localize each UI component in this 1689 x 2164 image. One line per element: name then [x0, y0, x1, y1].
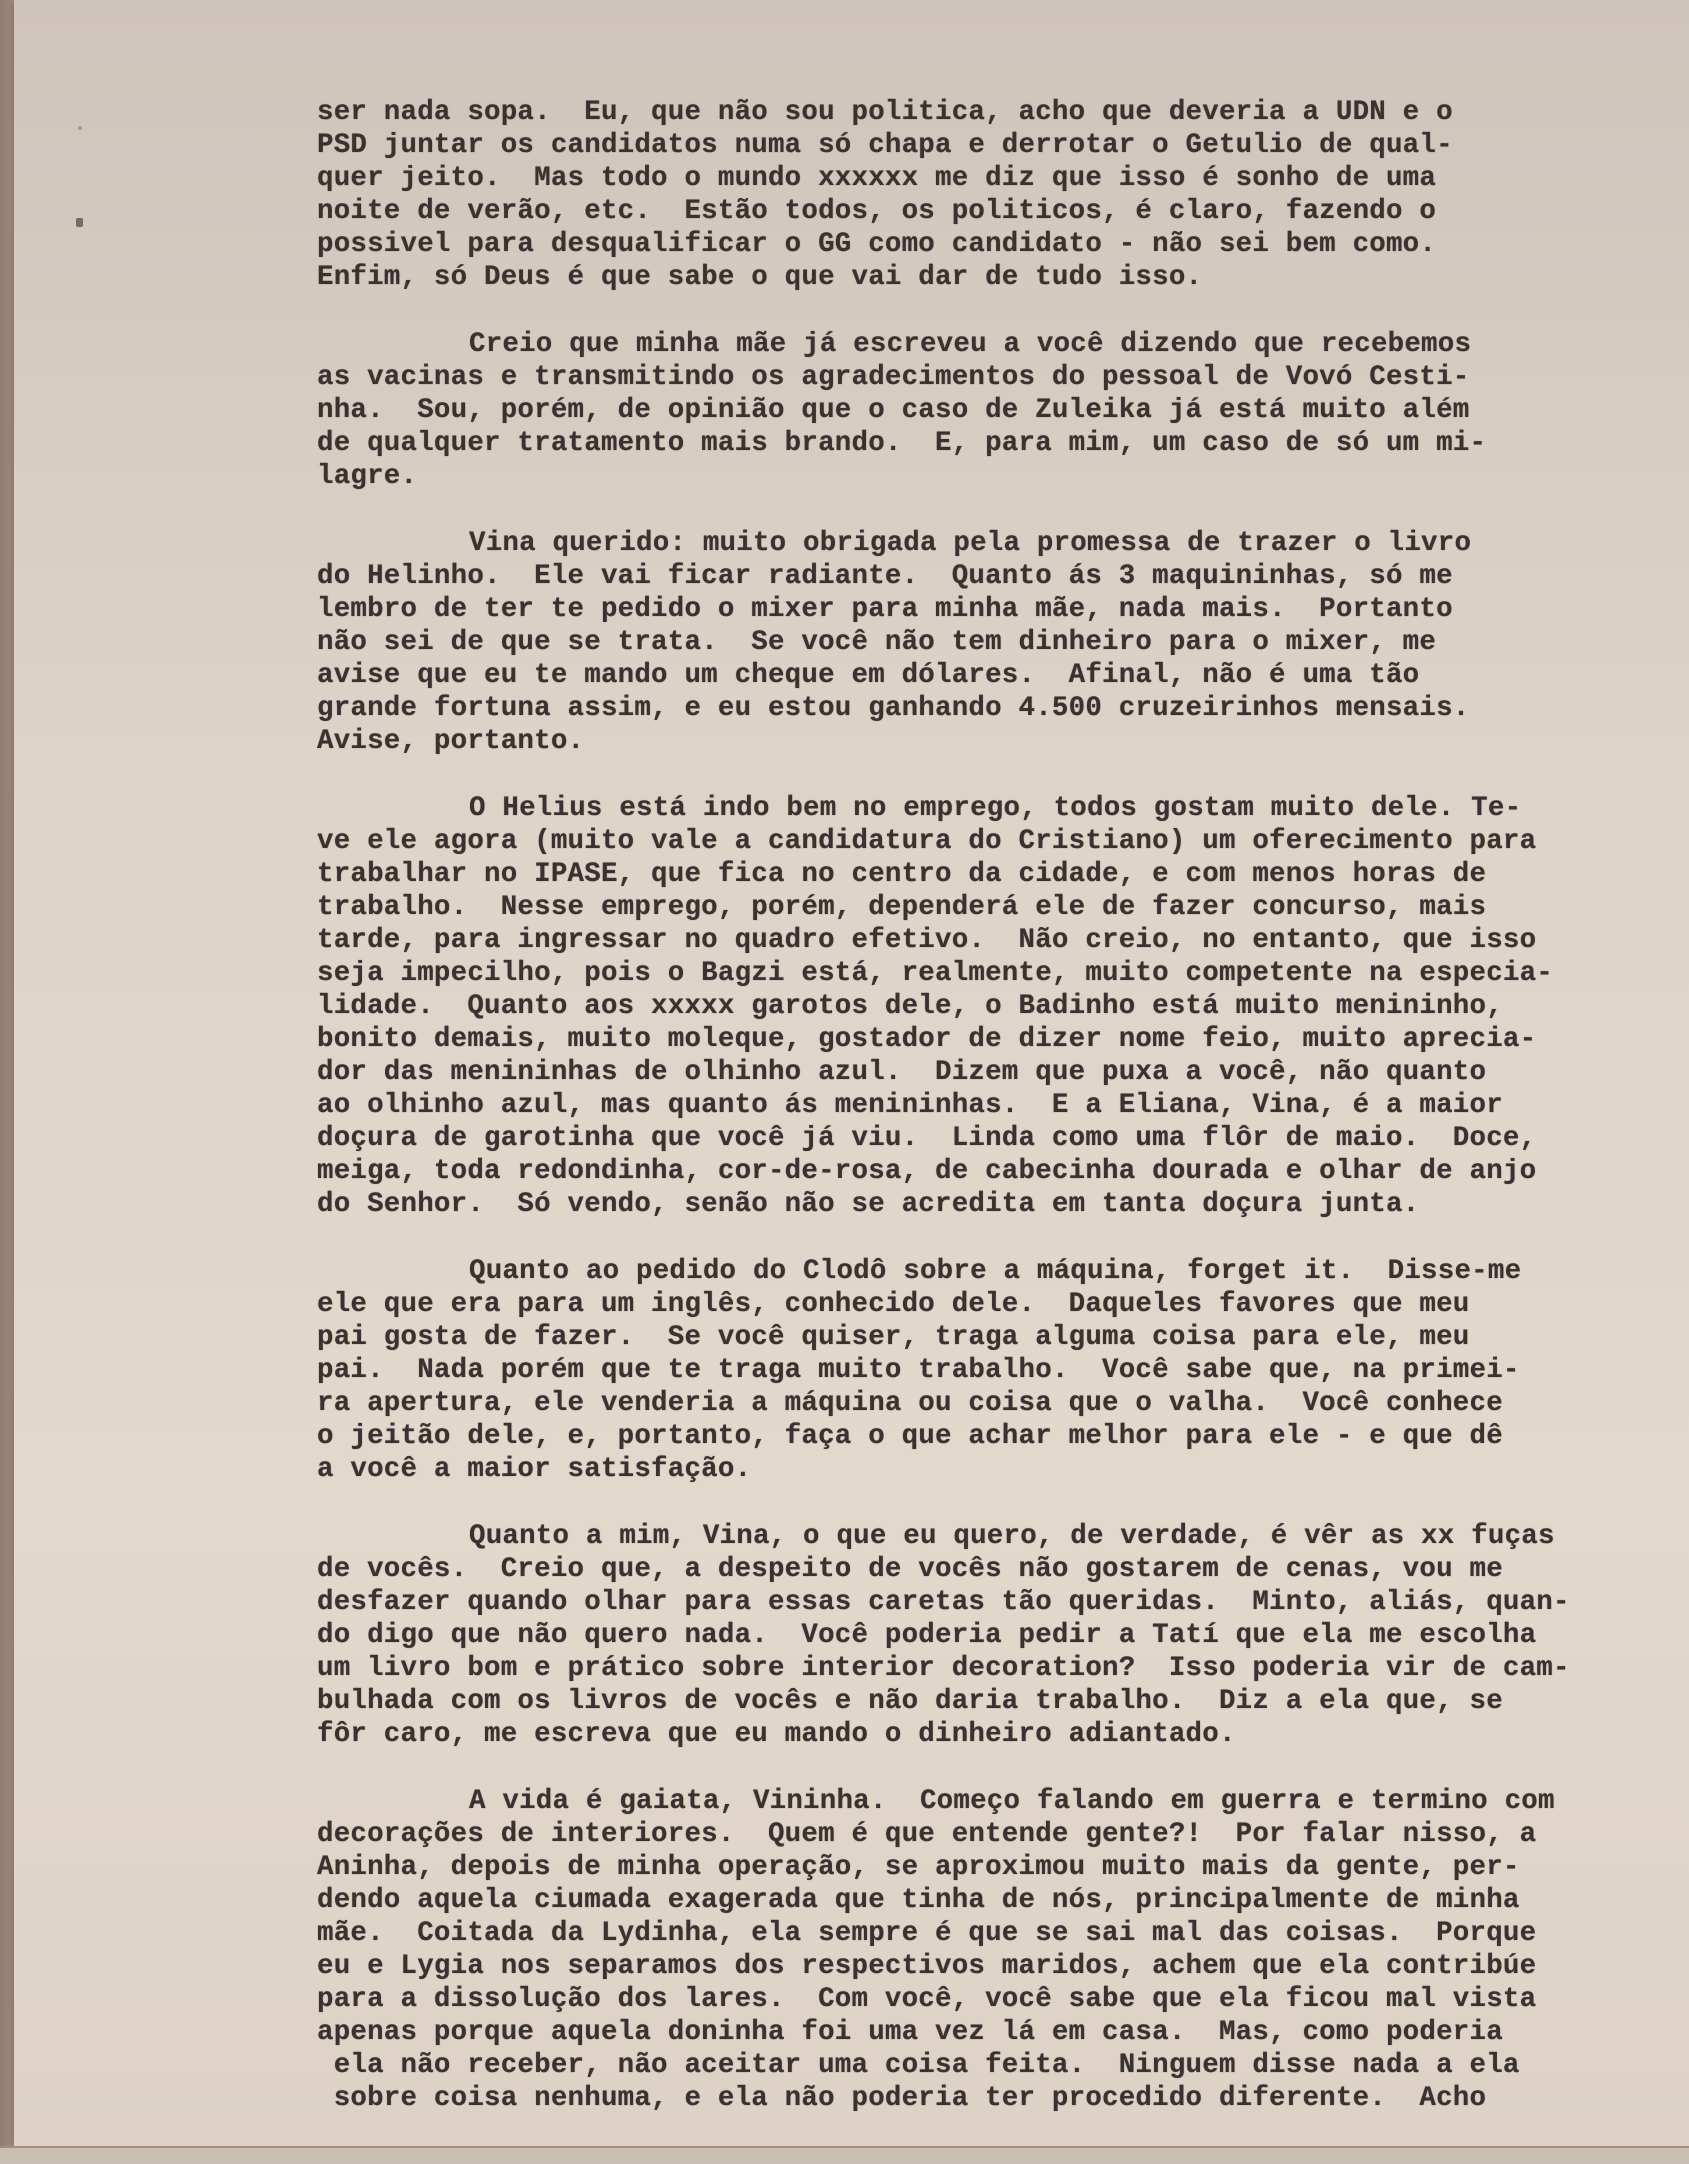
text-line: lagre. — [317, 460, 1577, 493]
text-line: Quanto a mim, Vina, o que eu quero, de v… — [317, 1520, 1577, 1553]
text-line: para a dissolução dos lares. Com você, v… — [317, 1983, 1577, 2016]
paper-blemish — [78, 126, 82, 130]
text-line: decorações de interiores. Quem é que ent… — [317, 1818, 1577, 1851]
text-line: apenas porque aquela doninha foi uma vez… — [317, 2016, 1577, 2049]
text-line: de qualquer tratamento mais brando. E, p… — [317, 427, 1577, 460]
text-line: dendo aquela ciumada exagerada que tinha… — [317, 1884, 1577, 1917]
text-line: ele que era para um inglês, conhecido de… — [317, 1288, 1577, 1321]
text-line: Creio que minha mãe já escreveu a você d… — [317, 328, 1577, 361]
text-line: seja impecilho, pois o Bagzi está, realm… — [317, 957, 1577, 990]
text-line: lembro de ter te pedido o mixer para min… — [317, 593, 1577, 626]
text-line: dor das menininhas de olhinho azul. Dize… — [317, 1056, 1577, 1089]
paragraph-wishes: Quanto a mim, Vina, o que eu quero, de v… — [317, 1520, 1577, 1751]
text-line: desfazer quando olhar para essas caretas… — [317, 1586, 1577, 1619]
text-line: um livro bom e prático sobre interior de… — [317, 1652, 1577, 1685]
text-line: meiga, toda redondinha, cor-de-rosa, de … — [317, 1155, 1577, 1188]
text-line: pai gosta de fazer. Se você quiser, trag… — [317, 1321, 1577, 1354]
text-line: possivel para desqualificar o GG como ca… — [317, 228, 1577, 261]
paragraph-helius-family: O Helius está indo bem no emprego, todos… — [317, 792, 1577, 1221]
paragraph-life: A vida é gaiata, Vininha. Começo falando… — [317, 1785, 1577, 2115]
text-line: pai. Nada porém que te traga muito traba… — [317, 1354, 1577, 1387]
paragraph-vaccines: Creio que minha mãe já escreveu a você d… — [317, 328, 1577, 493]
text-line: do Senhor. Só vendo, senão não se acredi… — [317, 1188, 1577, 1221]
text-line: bulhada com os livros de vocês e não dar… — [317, 1685, 1577, 1718]
paper-blemish — [76, 218, 83, 227]
text-line: o jeitão dele, e, portanto, faça o que a… — [317, 1420, 1577, 1453]
text-line: trabalhar no IPASE, que fica no centro d… — [317, 858, 1577, 891]
text-line: Enfim, só Deus é que sabe o que vai dar … — [317, 261, 1577, 294]
text-line: PSD juntar os candidatos numa só chapa e… — [317, 129, 1577, 162]
text-line: não sei de que se trata. Se você não tem… — [317, 626, 1577, 659]
text-line: Vina querido: muito obrigada pela promes… — [317, 527, 1577, 560]
text-line: O Helius está indo bem no emprego, todos… — [317, 792, 1577, 825]
text-line: Aninha, depois de minha operação, se apr… — [317, 1851, 1577, 1884]
text-line: ve ele agora (muito vale a candidatura d… — [317, 825, 1577, 858]
text-line: ra apertura, ele venderia a máquina ou c… — [317, 1387, 1577, 1420]
text-line: ela não receber, não aceitar uma coisa f… — [317, 2049, 1577, 2082]
text-line: Quanto ao pedido do Clodô sobre a máquin… — [317, 1255, 1577, 1288]
text-line: a você a maior satisfação. — [317, 1453, 1577, 1486]
paragraph-book-mixer: Vina querido: muito obrigada pela promes… — [317, 527, 1577, 758]
text-line: fôr caro, me escreva que eu mando o dinh… — [317, 1718, 1577, 1751]
text-line: nha. Sou, porém, de opinião que o caso d… — [317, 394, 1577, 427]
text-line: tarde, para ingressar no quadro efetivo.… — [317, 924, 1577, 957]
text-line: do digo que não quero nada. Você poderia… — [317, 1619, 1577, 1652]
text-line: noite de verão, etc. Estão todos, os pol… — [317, 195, 1577, 228]
text-line: bonito demais, muito moleque, gostador d… — [317, 1023, 1577, 1056]
text-line: A vida é gaiata, Vininha. Começo falando… — [317, 1785, 1577, 1818]
text-line: Avise, portanto. — [317, 725, 1577, 758]
page-binding-edge — [0, 0, 14, 2164]
text-line: lidade. Quanto aos xxxxx garotos dele, o… — [317, 990, 1577, 1023]
text-line: as vacinas e transmitindo os agradecimen… — [317, 361, 1577, 394]
letter-body: ser nada sopa. Eu, que não sou politica,… — [317, 96, 1577, 2149]
text-line: mãe. Coitada da Lydinha, ela sempre é qu… — [317, 1917, 1577, 1950]
text-line: grande fortuna assim, e eu estou ganhand… — [317, 692, 1577, 725]
text-line: trabalho. Nesse emprego, porém, depender… — [317, 891, 1577, 924]
text-line: quer jeito. Mas todo o mundo xxxxxx me d… — [317, 162, 1577, 195]
text-line: do Helinho. Ele vai ficar radiante. Quan… — [317, 560, 1577, 593]
text-line: ser nada sopa. Eu, que não sou politica,… — [317, 96, 1577, 129]
text-line: de vocês. Creio que, a despeito de vocês… — [317, 1553, 1577, 1586]
paragraph-clodo-machine: Quanto ao pedido do Clodô sobre a máquin… — [317, 1255, 1577, 1486]
text-line: sobre coisa nenhuma, e ela não poderia t… — [317, 2082, 1577, 2115]
paragraph-politics: ser nada sopa. Eu, que não sou politica,… — [317, 96, 1577, 294]
text-line: doçura de garotinha que você já viu. Lin… — [317, 1122, 1577, 1155]
text-line: eu e Lygia nos separamos dos respectivos… — [317, 1950, 1577, 1983]
text-line: avise que eu te mando um cheque em dólar… — [317, 659, 1577, 692]
text-line: ao olhinho azul, mas quanto ás menininha… — [317, 1089, 1577, 1122]
